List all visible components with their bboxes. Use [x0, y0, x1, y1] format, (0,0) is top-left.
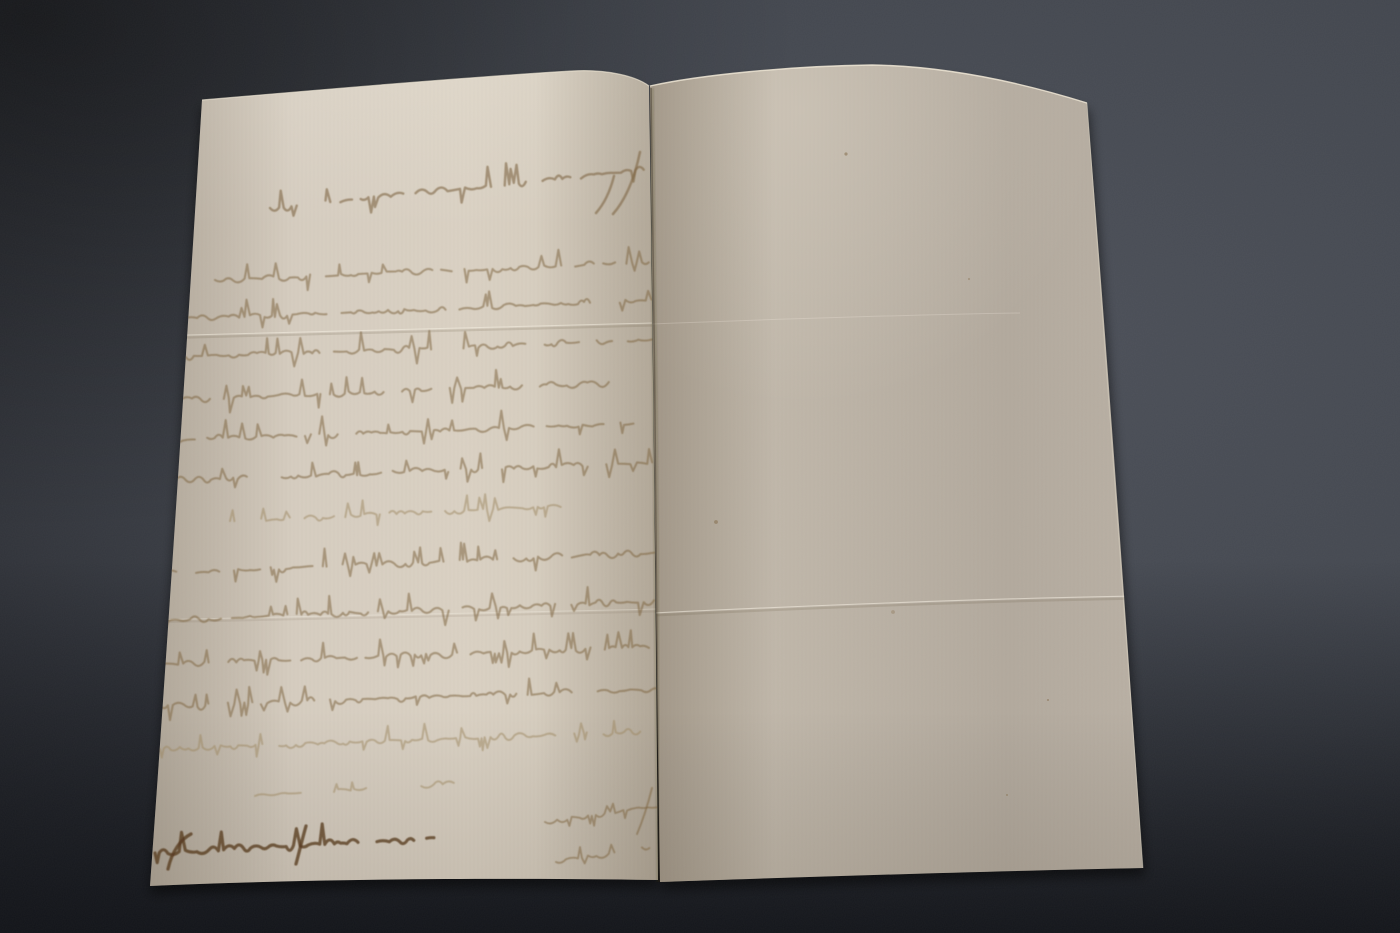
photo-canvas	[0, 0, 1400, 933]
grain-overlay	[0, 0, 1400, 933]
letter-photograph	[0, 0, 1400, 933]
